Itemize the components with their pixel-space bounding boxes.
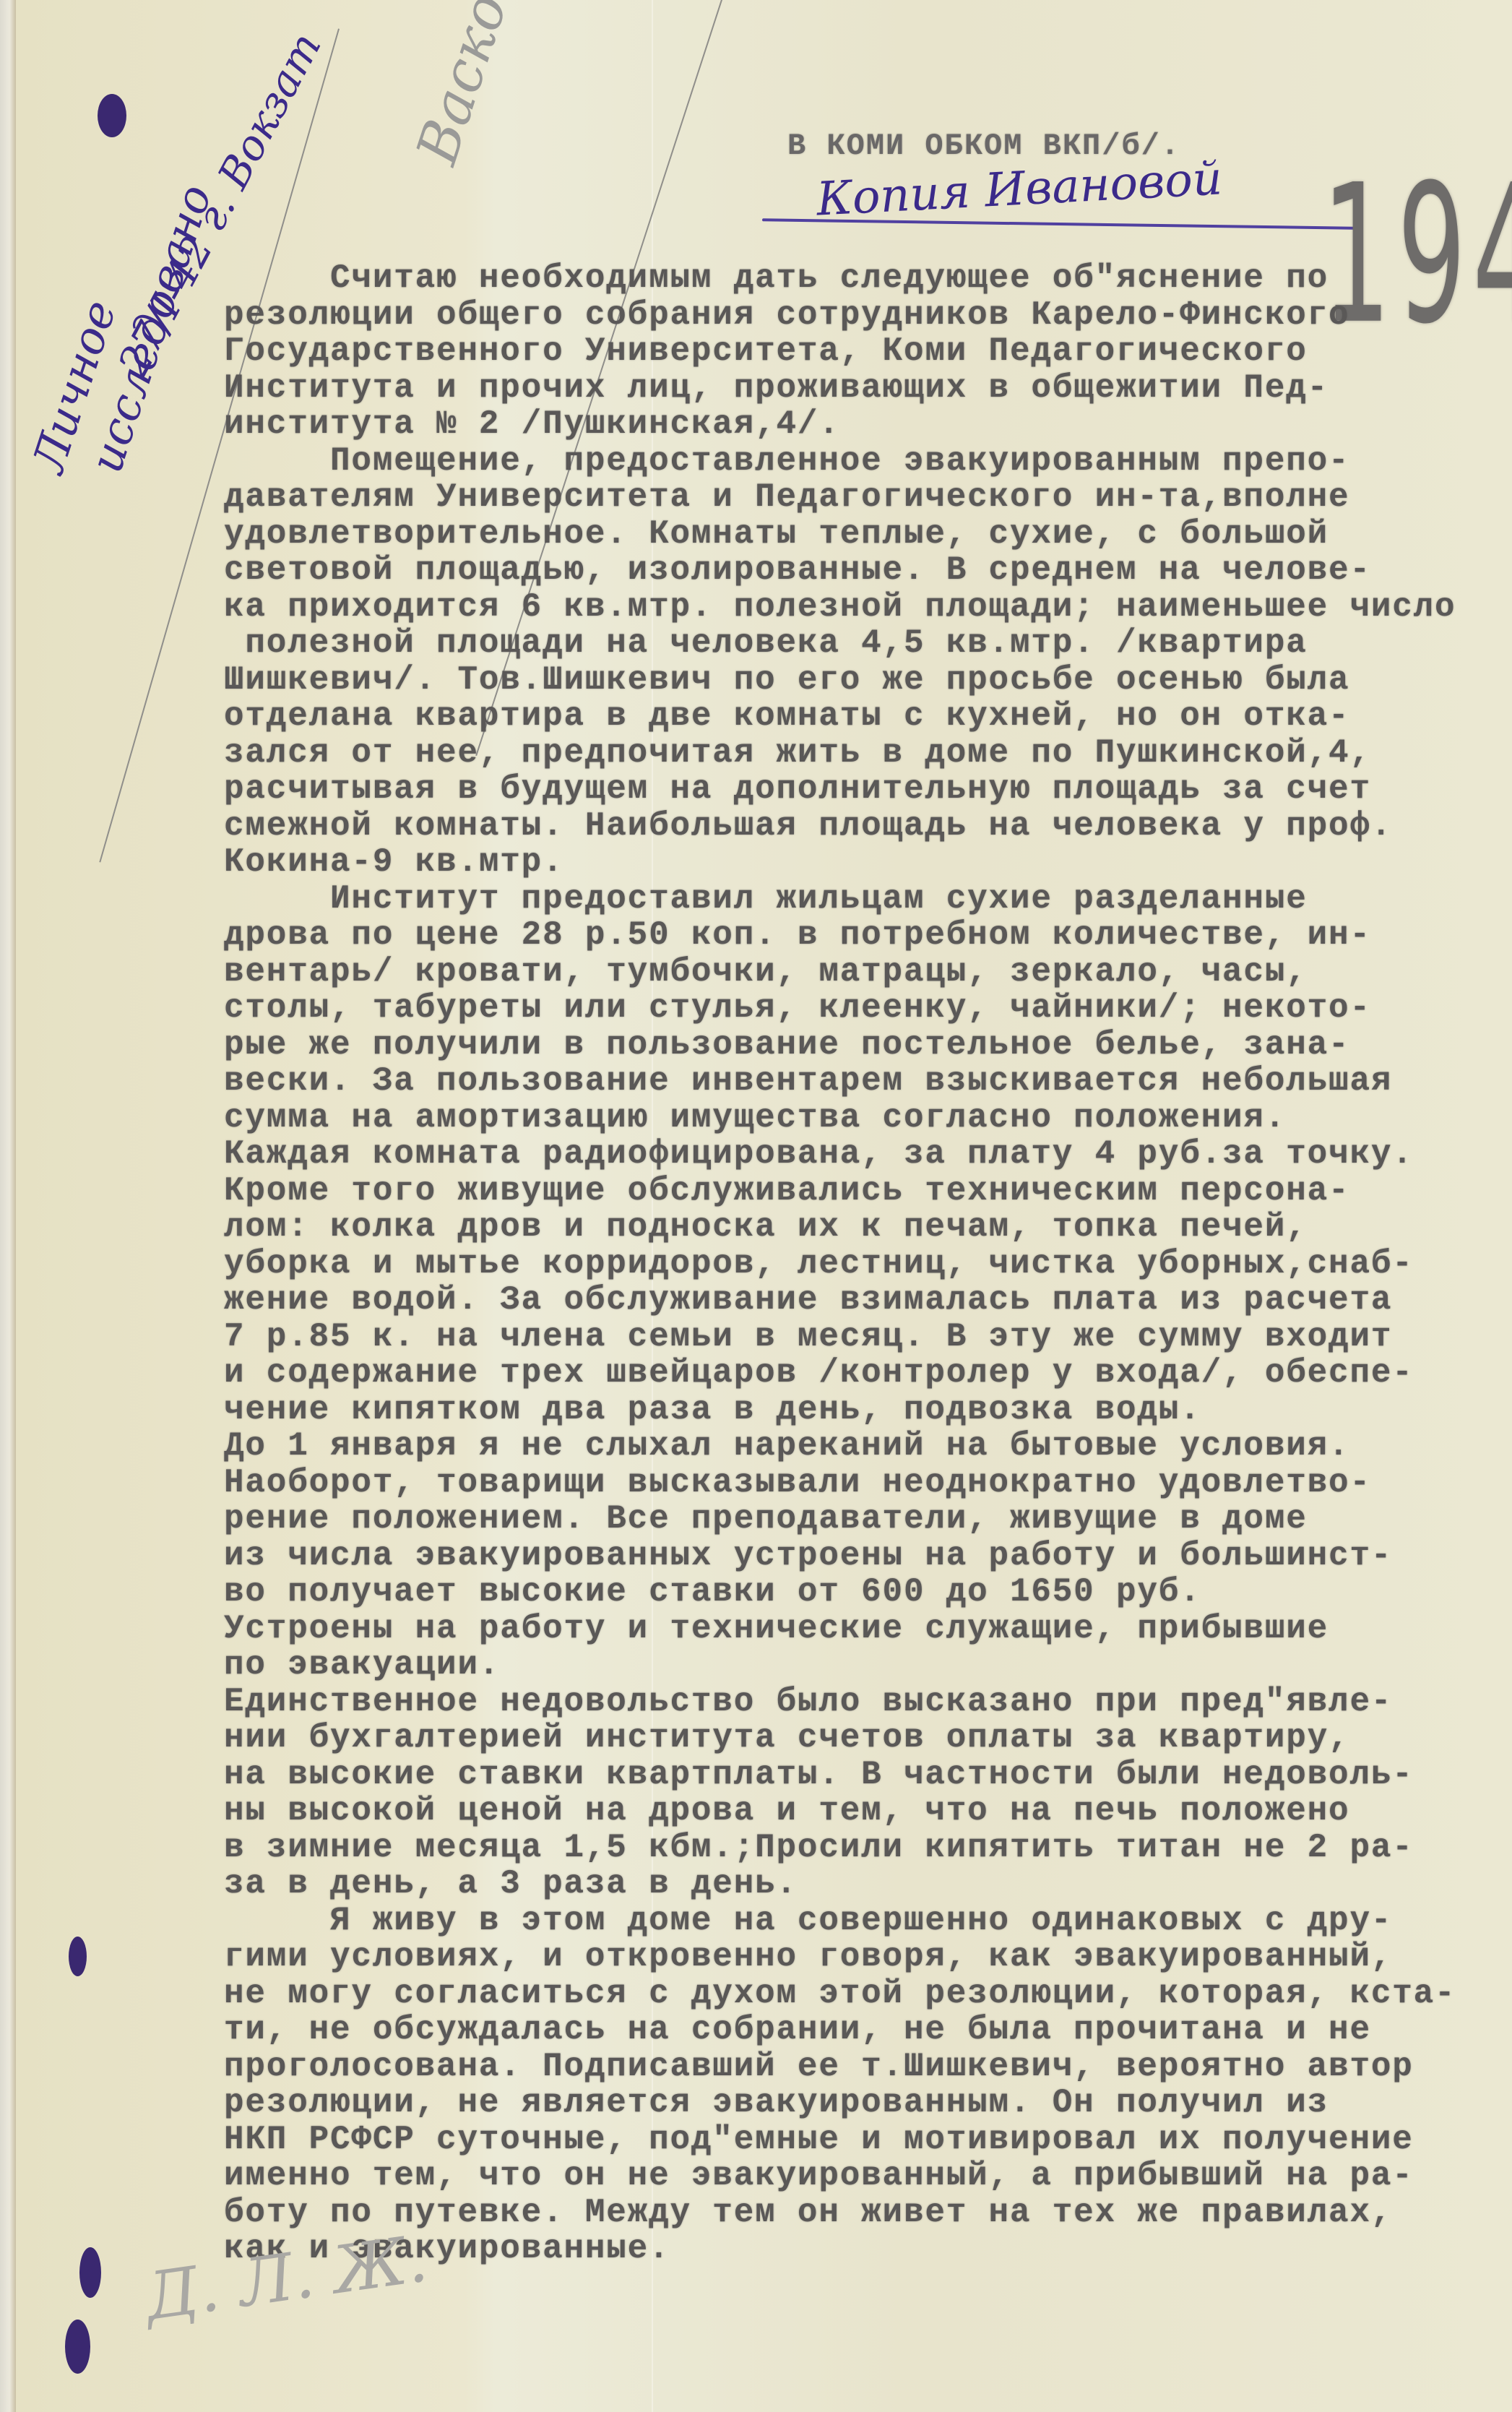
body-line: смежной комнаты. Наибольшая площадь на ч…	[224, 808, 1456, 845]
ink-blot	[69, 1937, 87, 1976]
body-line: расчитывая в будущем на дополнительную п…	[224, 771, 1456, 808]
body-line: не могу согласиться с духом этой резолюц…	[224, 1976, 1456, 2012]
body-line: Единственное недовольство было высказано…	[224, 1684, 1456, 1720]
body-line: столы, табуреты или стулья, клеенку, чай…	[224, 990, 1456, 1027]
body-line: световой площадью, изолированные. В сред…	[224, 552, 1456, 589]
body-line: на высокие ставки квартплаты. В частност…	[224, 1757, 1456, 1793]
ink-blot	[98, 94, 126, 137]
body-line: отделана квартира в две комнаты с кухней…	[224, 698, 1456, 735]
body-line: рение положением. Все преподаватели, жив…	[224, 1501, 1456, 1538]
body-line: лом: колка дров и подноска их к печам, т…	[224, 1209, 1456, 1246]
body-line: именно тем, что он не эвакуированный, а …	[224, 2158, 1456, 2195]
body-line: Наоборот, товарищи высказывали неоднокра…	[224, 1465, 1456, 1502]
body-line: Института и прочих лиц, проживающих в об…	[224, 370, 1456, 407]
typewritten-body: Считаю необходимым дать следующее об"ясн…	[224, 260, 1456, 2267]
body-line: из числа эвакуированных устроены на рабо…	[224, 1538, 1456, 1575]
body-line: Я живу в этом доме на совершенно одинако…	[224, 1903, 1456, 1939]
body-line: по эвакуации.	[224, 1647, 1456, 1684]
ink-blot	[65, 2320, 90, 2374]
body-line: дрова по цене 28 р.50 коп. в потребном к…	[224, 917, 1456, 954]
body-line: НКП РСФСР суточные, под"емные и мотивиро…	[224, 2122, 1456, 2158]
body-line: удовлетворительное. Комнаты теплые, сухи…	[224, 516, 1456, 553]
body-line: давателям Университета и Педагогического…	[224, 479, 1456, 516]
body-line: за в день, а 3 раза в день.	[224, 1866, 1456, 1903]
body-line: резолюции общего собрания сотрудников Ка…	[224, 297, 1456, 334]
body-line: и содержание трех швейцаров /контролер у…	[224, 1355, 1456, 1392]
body-line: До 1 января я не слыхал нареканий на быт…	[224, 1428, 1456, 1465]
body-line: зался от нее, предпочитая жить в доме по…	[224, 735, 1456, 772]
body-line: вески. За пользование инвентарем взыскив…	[224, 1063, 1456, 1100]
body-line: полезной площади на человека 4,5 кв.мтр.…	[224, 625, 1456, 662]
body-line: Государственного Университета, Коми Педа…	[224, 333, 1456, 370]
body-line: 7 р.85 к. на члена семьи в месяц. В эту …	[224, 1319, 1456, 1356]
body-line: во получает высокие ставки от 600 до 165…	[224, 1574, 1456, 1611]
body-line: проголосована. Подписавший ее т.Шишкевич…	[224, 2049, 1456, 2085]
body-line: Институт предоставил жильцам сухие разде…	[224, 881, 1456, 918]
body-line: Кокина-9 кв.мтр.	[224, 844, 1456, 881]
body-line: нии бухгалтерией института счетов оплаты…	[224, 1720, 1456, 1757]
body-line: уборка и мытье корридоров, лестниц, чист…	[224, 1246, 1456, 1283]
paper-edge-strip	[0, 0, 16, 2412]
body-line: ти, не обсуждалась на собрании, не была …	[224, 2012, 1456, 2049]
body-line: ка приходится 6 кв.мтр. полезной площади…	[224, 589, 1456, 626]
body-line: гими условиях, и откровенно говоря, как …	[224, 1939, 1456, 1976]
body-line: сумма на амортизацию имущества согласно …	[224, 1100, 1456, 1137]
body-line: Кроме того живущие обслуживались техниче…	[224, 1173, 1456, 1210]
body-line: Устроены на работу и технические служащи…	[224, 1611, 1456, 1648]
body-line: Шишкевич/. Тов.Шишкевич по его же просьб…	[224, 662, 1456, 699]
body-line: резолюции, не является эвакуированным. О…	[224, 2085, 1456, 2122]
body-line: Помещение, предоставленное эвакуированны…	[224, 443, 1456, 480]
body-line: ны высокой ценой на дрова и тем, что на …	[224, 1793, 1456, 1830]
body-line: рые же получили в пользование постельное…	[224, 1027, 1456, 1064]
body-line: Считаю необходимым дать следующее об"ясн…	[224, 260, 1456, 297]
body-line: вентарь/ кровати, тумбочки, матрацы, зер…	[224, 954, 1456, 991]
body-line: Каждая комната радиофицирована, за плату…	[224, 1136, 1456, 1173]
body-line: жение водой. За обслуживание взималась п…	[224, 1282, 1456, 1319]
ink-blot	[79, 2247, 101, 2298]
body-line: института № 2 /Пушкинская,4/.	[224, 406, 1456, 443]
body-line: в зимние месяца 1,5 кбм.;Просили кипятит…	[224, 1830, 1456, 1866]
body-line: чение кипятком два раза в день, подвозка…	[224, 1392, 1456, 1429]
